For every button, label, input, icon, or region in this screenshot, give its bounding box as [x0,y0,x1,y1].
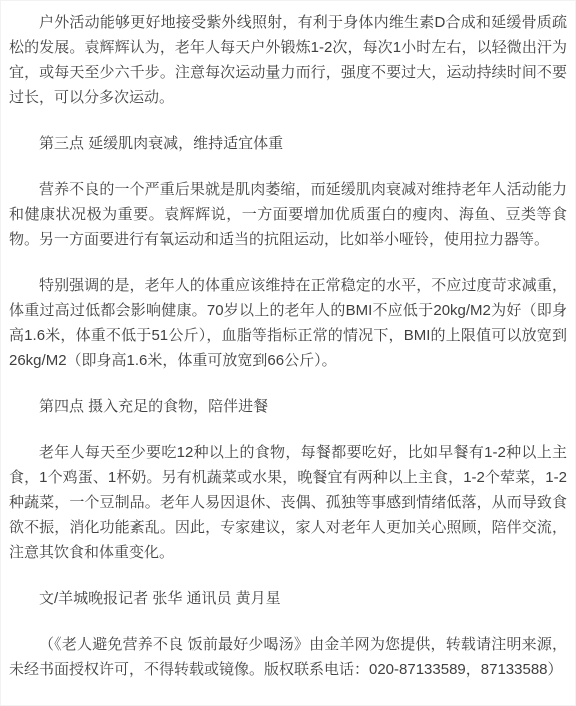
copyright-note: （《老人避免营养不良 饭前最好少喝汤》由金羊网为您提供，转载请注明来源，未经书面… [9,632,567,682]
section-heading-point-three: 第三点 延缓肌肉衰减，维持适宜体重 [9,131,567,156]
article-page: 户外活动能够更好地接受紫外线照射，有利于身体内维生素D合成和延缓骨质疏松的发展。… [0,0,576,706]
paragraph-bmi-weight: 特别强调的是，老年人的体重应该维持在正常稳定的水平，不应过度苛求减重，体重过高过… [9,273,567,373]
byline: 文/羊城晚报记者 张华 通讯员 黄月星 [9,586,567,611]
paragraph-outdoor-activity: 户外活动能够更好地接受紫外线照射，有利于身体内维生素D合成和延缓骨质疏松的发展。… [9,10,567,110]
paragraph-muscle-loss: 营养不良的一个严重后果就是肌肉萎缩，而延缓肌肉衰减对维持老年人活动能力和健康状况… [9,177,567,252]
paragraph-food-intake: 老年人每天至少要吃12种以上的食物，每餐都要吃好，比如早餐有1-2种以上主食，1… [9,440,567,565]
article-body: 户外活动能够更好地接受紫外线照射，有利于身体内维生素D合成和延缓骨质疏松的发展。… [9,10,567,682]
section-heading-point-four: 第四点 摄入充足的食物，陪伴进餐 [9,394,567,419]
